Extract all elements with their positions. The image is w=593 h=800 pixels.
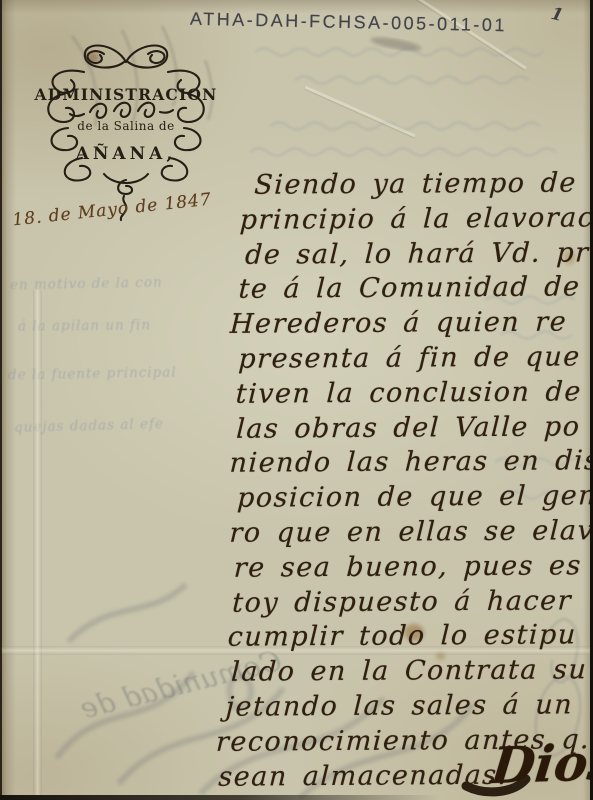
letter-line: Siendo ya tiempo de dar	[253, 167, 593, 204]
letter-line: jetando las sales á un	[225, 689, 592, 726]
letter-line: cumplir todo lo estipu	[227, 620, 593, 657]
letter-line: de sal, lo hará Vd. presen	[244, 237, 593, 274]
letter-line: tiven la conclusion de	[235, 376, 593, 413]
letter-line: re sea bueno, pues es	[233, 550, 593, 587]
scan-edge-bottom	[0, 795, 440, 800]
vertical-crease	[33, 290, 42, 800]
page-number: 1	[549, 4, 565, 26]
diagonal-crease	[305, 86, 416, 138]
letter-line: niendo las heras en dis	[229, 446, 593, 483]
letterhead-place: AÑANA,	[75, 142, 177, 164]
letter-line: Herederos á quien re	[229, 306, 593, 343]
letter-line: las obras del Valle po	[235, 411, 593, 448]
letter-line: toy dispuesto á hacer	[231, 585, 593, 622]
letter-line: te á la Comunidad de	[238, 272, 593, 309]
letter-line: ro que en ellas se elavo	[229, 515, 593, 552]
closing-word: Dios	[489, 732, 593, 795]
letter-line: lado en la Contrata su	[230, 654, 593, 691]
letterhead-subtitle: de la Salina de	[77, 119, 174, 133]
letter-body: Siendo ya tiempo de dar principio á la e…	[187, 167, 593, 796]
letter-line: presenta á fin de que ac	[238, 341, 593, 378]
letter-line: principio á la elavoracion	[239, 202, 593, 239]
letterhead-title: ADMINISTRACION	[34, 85, 218, 104]
pencil-smudge-ellipse	[370, 35, 423, 54]
scan-edge-left	[0, 0, 2, 800]
manuscript-scan-page: en motivo de la con á la apilan un fin d…	[0, 0, 593, 800]
archive-reference: ATHA-DAH-FCHSA-005-011-01	[190, 9, 507, 37]
letter-line: posicion de que el gene	[236, 480, 593, 517]
